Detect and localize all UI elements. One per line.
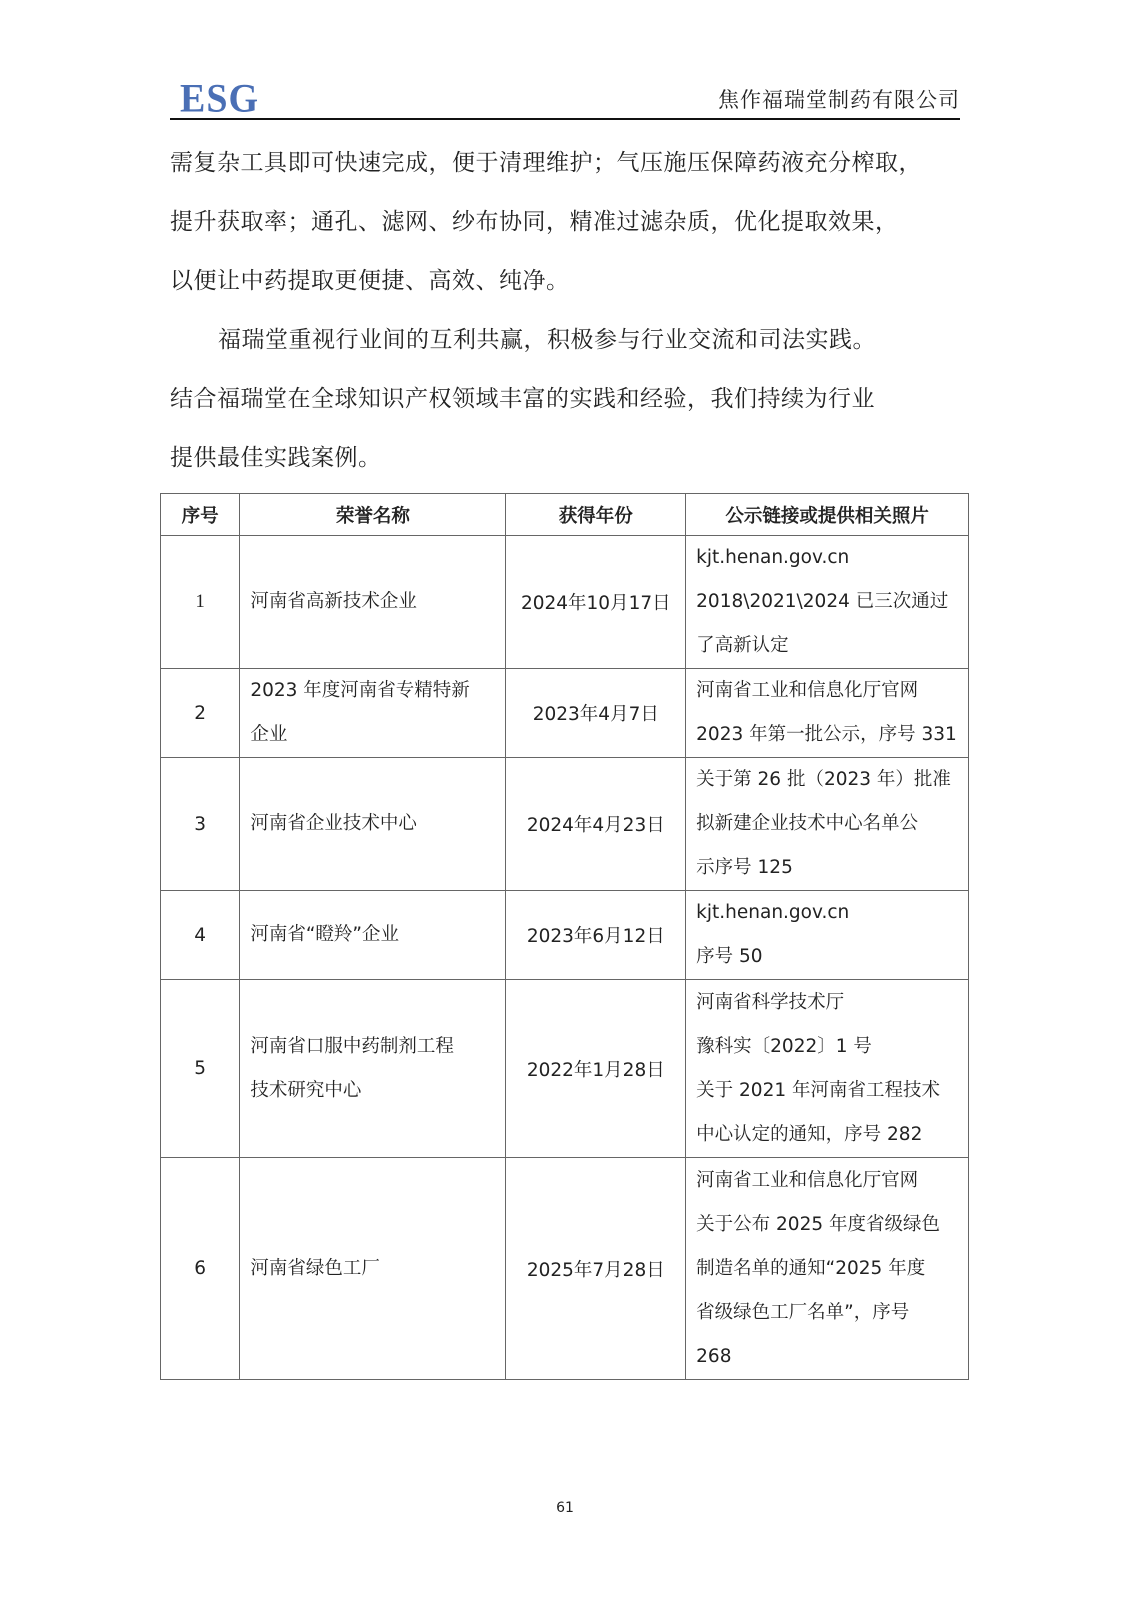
cell-line: 河南省“瞪羚”企业 bbox=[250, 913, 495, 957]
cell-name: 河南省高新技术企业 bbox=[240, 536, 506, 669]
cell-line: 河南省企业技术中心 bbox=[250, 802, 495, 846]
honors-table: 序号 荣誉名称 获得年份 公示链接或提供相关照片 1 河南省高新技术企业 202… bbox=[160, 493, 969, 1380]
cell-no: 1 bbox=[161, 536, 240, 669]
cell-link: 河南省工业和信息化厅官网 2023 年第一批公示，序号 331 bbox=[686, 669, 969, 758]
cell-link: kjt.henan.gov.cn 2018\2021\2024 已三次通过 了高… bbox=[686, 536, 969, 669]
page-header: ESG 焦作福瑞堂制药有限公司 bbox=[170, 76, 960, 120]
cell-no: 6 bbox=[161, 1158, 240, 1380]
header-honor-name: 荣誉名称 bbox=[240, 494, 506, 536]
header-no: 序号 bbox=[161, 494, 240, 536]
table-row: 2 2023 年度河南省专精特新 企业 2023年4月7日 河南省工业和信息化厅… bbox=[161, 669, 969, 758]
cell-line: kjt.henan.gov.cn bbox=[696, 891, 958, 935]
cell-line: 河南省口服中药制剂工程 bbox=[250, 1025, 495, 1069]
cell-no: 3 bbox=[161, 758, 240, 891]
cell-no: 4 bbox=[161, 891, 240, 980]
cell-line: 关于第 26 批（2023 年）批准 bbox=[696, 758, 958, 802]
header-link: 公示链接或提供相关照片 bbox=[686, 494, 969, 536]
table-row: 3 河南省企业技术中心 2024年4月23日 关于第 26 批（2023 年）批… bbox=[161, 758, 969, 891]
cell-date: 2025年7月28日 bbox=[506, 1158, 686, 1380]
cell-line: 2023 年度河南省专精特新 bbox=[250, 669, 495, 713]
cell-date: 2024年10月17日 bbox=[506, 536, 686, 669]
paragraph-line: 以便让中药提取更便捷、高效、纯净。 bbox=[170, 252, 960, 311]
cell-name: 河南省企业技术中心 bbox=[240, 758, 506, 891]
paragraph-line: 需复杂工具即可快速完成，便于清理维护；气压施压保障药液充分榨取， bbox=[170, 134, 960, 193]
cell-line: 河南省科学技术厅 bbox=[696, 981, 958, 1025]
cell-line: kjt.henan.gov.cn bbox=[696, 536, 958, 580]
cell-line: 中心认定的通知，序号 282 bbox=[696, 1113, 958, 1157]
company-name: 焦作福瑞堂制药有限公司 bbox=[718, 84, 960, 114]
cell-date: 2023年4月7日 bbox=[506, 669, 686, 758]
cell-line: 河南省高新技术企业 bbox=[250, 580, 495, 624]
cell-link: 河南省工业和信息化厅官网 关于公布 2025 年度省级绿色 制造名单的通知“20… bbox=[686, 1158, 969, 1380]
cell-link: 河南省科学技术厅 豫科实〔2022〕1 号 关于 2021 年河南省工程技术 中… bbox=[686, 980, 969, 1158]
paragraph-line: 结合福瑞堂在全球知识产权领域丰富的实践和经验，我们持续为行业 bbox=[170, 370, 960, 429]
table-row: 4 河南省“瞪羚”企业 2023年6月12日 kjt.henan.gov.cn … bbox=[161, 891, 969, 980]
cell-name: 河南省口服中药制剂工程 技术研究中心 bbox=[240, 980, 506, 1158]
page-number: 61 bbox=[0, 1500, 1130, 1516]
cell-line: 河南省工业和信息化厅官网 bbox=[696, 1159, 958, 1203]
table-header-row: 序号 荣誉名称 获得年份 公示链接或提供相关照片 bbox=[161, 494, 969, 536]
cell-line: 了高新认定 bbox=[696, 624, 958, 668]
cell-line: 序号 50 bbox=[696, 935, 958, 979]
cell-line: 拟新建企业技术中心名单公 bbox=[696, 802, 958, 846]
cell-line: 河南省绿色工厂 bbox=[250, 1247, 495, 1291]
esg-logo: ESG bbox=[180, 77, 259, 121]
paragraph-1: 需复杂工具即可快速完成，便于清理维护；气压施压保障药液充分榨取， 提升获取率；通… bbox=[170, 134, 960, 311]
table-row: 5 河南省口服中药制剂工程 技术研究中心 2022年1月28日 河南省科学技术厅… bbox=[161, 980, 969, 1158]
table-row: 1 河南省高新技术企业 2024年10月17日 kjt.henan.gov.cn… bbox=[161, 536, 969, 669]
cell-line: 关于 2021 年河南省工程技术 bbox=[696, 1069, 958, 1113]
paragraph-2: 福瑞堂重视行业间的互利共赢，积极参与行业交流和司法实践。 结合福瑞堂在全球知识产… bbox=[170, 311, 960, 488]
cell-line: 2023 年第一批公示，序号 331 bbox=[696, 713, 958, 757]
paragraph-line: 提供最佳实践案例。 bbox=[170, 429, 960, 488]
cell-date: 2023年6月12日 bbox=[506, 891, 686, 980]
cell-line: 制造名单的通知“2025 年度 bbox=[696, 1247, 958, 1291]
cell-no: 5 bbox=[161, 980, 240, 1158]
cell-line: 河南省工业和信息化厅官网 bbox=[696, 669, 958, 713]
cell-name: 河南省“瞪羚”企业 bbox=[240, 891, 506, 980]
cell-date: 2024年4月23日 bbox=[506, 758, 686, 891]
header-date: 获得年份 bbox=[506, 494, 686, 536]
cell-line: 示序号 125 bbox=[696, 846, 958, 890]
cell-line: 技术研究中心 bbox=[250, 1069, 495, 1113]
cell-line: 2018\2021\2024 已三次通过 bbox=[696, 580, 958, 624]
cell-name: 河南省绿色工厂 bbox=[240, 1158, 506, 1380]
cell-date: 2022年1月28日 bbox=[506, 980, 686, 1158]
table-row: 6 河南省绿色工厂 2025年7月28日 河南省工业和信息化厅官网 关于公布 2… bbox=[161, 1158, 969, 1380]
cell-no: 2 bbox=[161, 669, 240, 758]
paragraph-line: 福瑞堂重视行业间的互利共赢，积极参与行业交流和司法实践。 bbox=[170, 311, 960, 370]
cell-line: 关于公布 2025 年度省级绿色 bbox=[696, 1203, 958, 1247]
cell-line: 268 bbox=[696, 1335, 958, 1379]
paragraph-line: 提升获取率；通孔、滤网、纱布协同，精准过滤杂质，优化提取效果， bbox=[170, 193, 960, 252]
cell-line: 企业 bbox=[250, 713, 495, 757]
cell-line: 豫科实〔2022〕1 号 bbox=[696, 1025, 958, 1069]
cell-link: kjt.henan.gov.cn 序号 50 bbox=[686, 891, 969, 980]
cell-link: 关于第 26 批（2023 年）批准 拟新建企业技术中心名单公 示序号 125 bbox=[686, 758, 969, 891]
cell-name: 2023 年度河南省专精特新 企业 bbox=[240, 669, 506, 758]
cell-line: 省级绿色工厂名单”，序号 bbox=[696, 1291, 958, 1335]
